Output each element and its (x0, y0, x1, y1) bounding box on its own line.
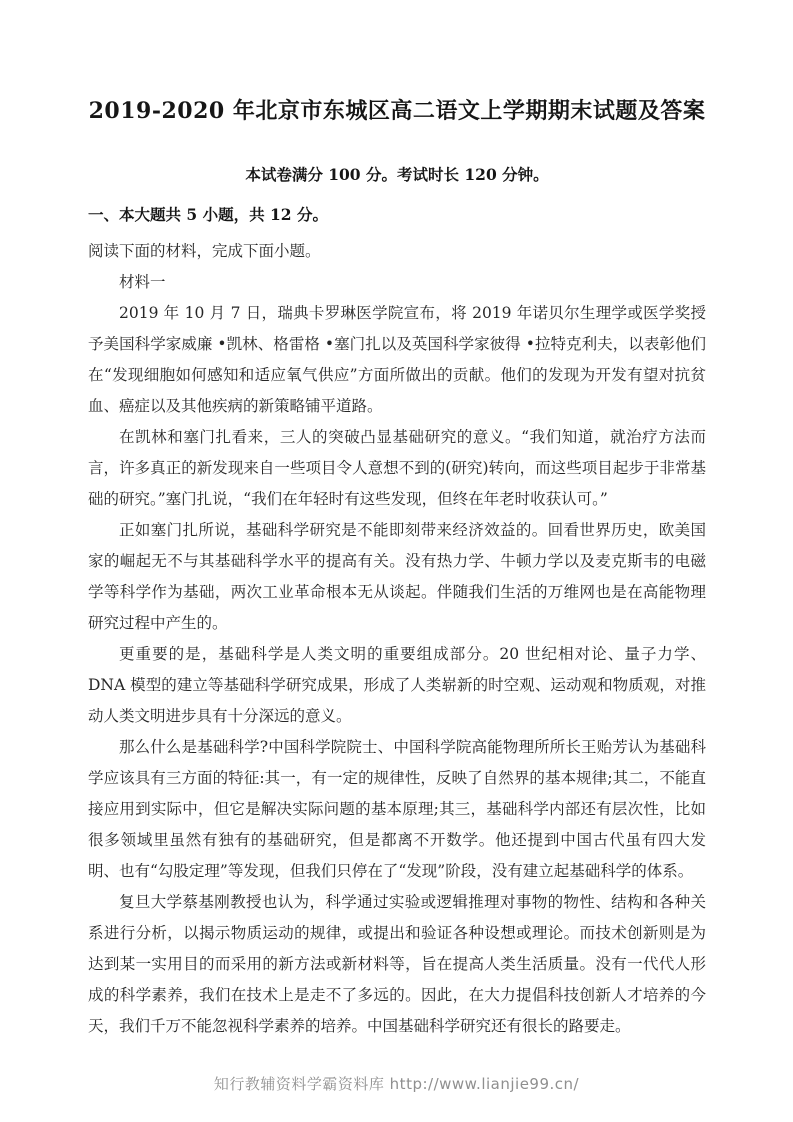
reading-instruction: 阅读下面的材料，完成下面小题。 (88, 236, 706, 267)
material-one-label: 材料一 (88, 267, 706, 298)
paragraph-kaelin-semenza-view: 在凯林和塞门扎看来，三人的突破凸显基础研究的意义。“我们知道，就治疗方法而言，许… (88, 422, 706, 515)
paragraph-cai-jigang-view: 复旦大学蔡基刚教授也认为，科学通过实验或逻辑推理对事物的物性、结构和各种关系进行… (88, 887, 706, 1042)
section-one-heading: 一、本大题共 5 小题，共 12 分。 (88, 202, 706, 228)
exam-document-page: 2019-2020 年北京市东城区高二语文上学期期末试题及答案 本试卷满分 10… (0, 0, 793, 1122)
paragraph-basic-science-history: 正如塞门扎所说，基础科学研究是不能即刻带来经济效益的。回看世界历史，欧美国家的崛… (88, 515, 706, 639)
exam-info-line: 本试卷满分 100 分。考试时长 120 分钟。 (88, 163, 706, 187)
paragraph-wang-yifang-definition: 那么什么是基础科学?中国科学院院士、中国科学院高能物理所所长王贻芳认为基础科学应… (88, 732, 706, 887)
document-content: 2019-2020 年北京市东城区高二语文上学期期末试题及答案 本试卷满分 10… (0, 0, 793, 1042)
document-title: 2019-2020 年北京市东城区高二语文上学期期末试题及答案 (88, 96, 706, 126)
material-body: 阅读下面的材料，完成下面小题。 材料一 2019 年 10 月 7 日，瑞典卡罗… (88, 236, 706, 1042)
paragraph-nobel-announcement: 2019 年 10 月 7 日，瑞典卡罗琳医学院宣布，将 2019 年诺贝尔生理… (88, 298, 706, 422)
site-watermark-footer: 知行教辅资料学霸资料库 http://www.lianjie99.cn/ (0, 1073, 793, 1094)
paragraph-civilization-importance: 更重要的是，基础科学是人类文明的重要组成部分。20 世纪相对论、量子力学、DNA… (88, 639, 706, 732)
